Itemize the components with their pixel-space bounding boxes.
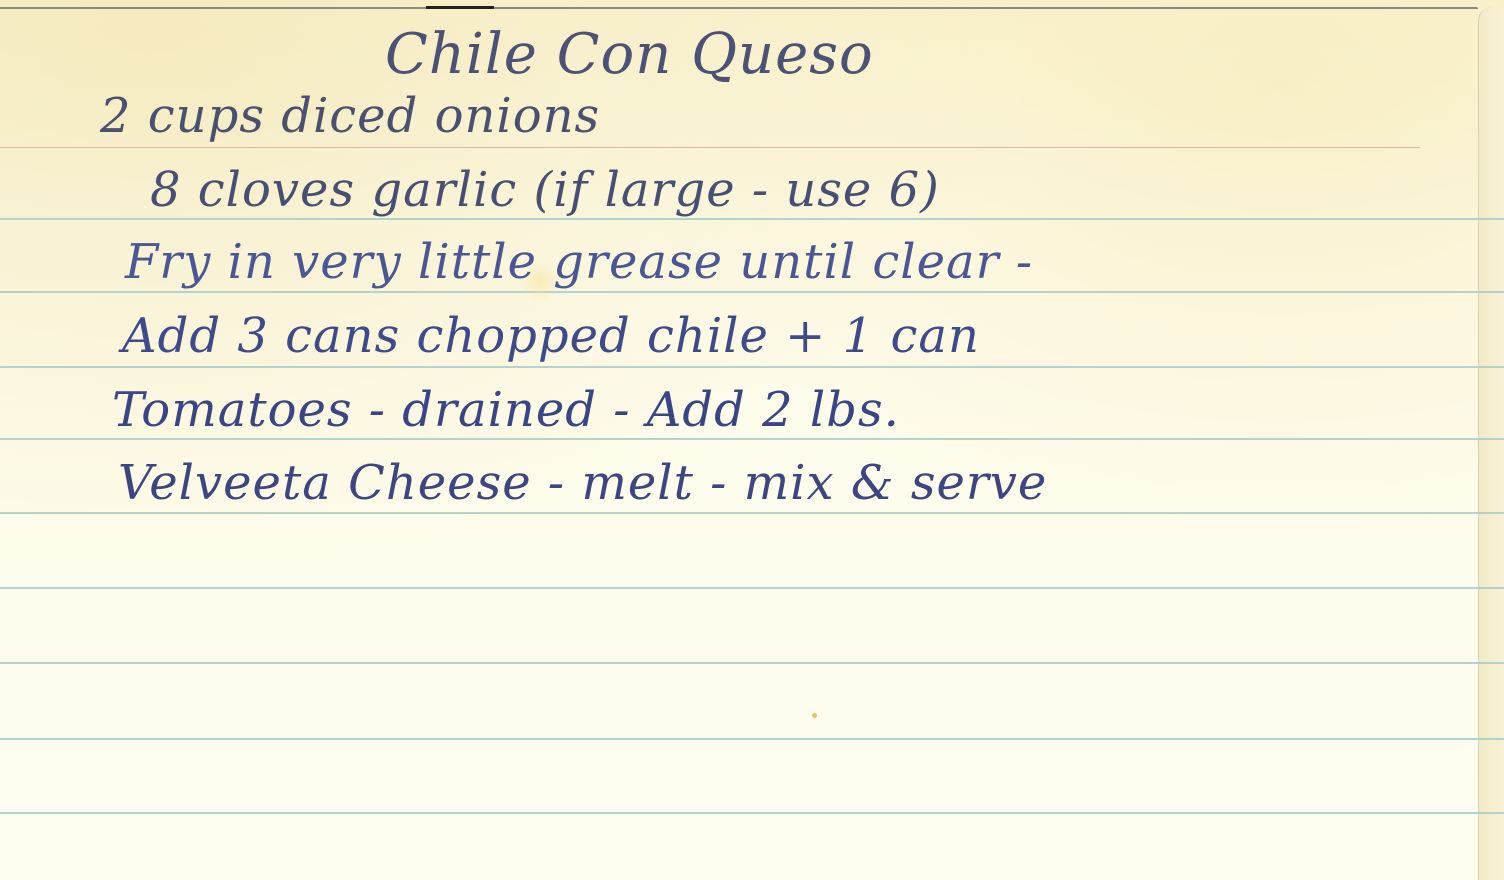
card-edge-mark [426,6,494,9]
ruled-line [0,812,1504,814]
recipe-line-tomatoes: Tomatoes - drained - Add 2 lbs. [112,382,900,438]
ruled-line [0,738,1504,740]
ruled-line [0,662,1504,664]
recipe-line-cheese: Velveeta Cheese - melt - mix & serve [118,455,1047,511]
ruled-line [0,218,1504,220]
paper-speck [812,713,817,718]
ruled-line [0,587,1504,589]
ruled-line [0,512,1504,514]
recipe-card: Chile Con Queso 2 cups diced onions 8 cl… [0,0,1504,880]
recipe-line-add-chile: Add 3 cans chopped chile + 1 can [122,308,980,364]
card-top-edge [0,7,1478,9]
header-rule [0,147,1420,148]
recipe-line-fry: Fry in very little grease until clear - [125,234,1033,290]
ruled-line [0,438,1504,440]
recipe-title: Chile Con Queso [385,22,874,87]
recipe-line-onions: 2 cups diced onions [100,88,600,144]
ruled-line [0,291,1504,293]
ruled-line [0,366,1504,368]
card-right-edge [1478,7,1504,880]
recipe-line-garlic: 8 cloves garlic (if large - use 6) [150,162,940,218]
